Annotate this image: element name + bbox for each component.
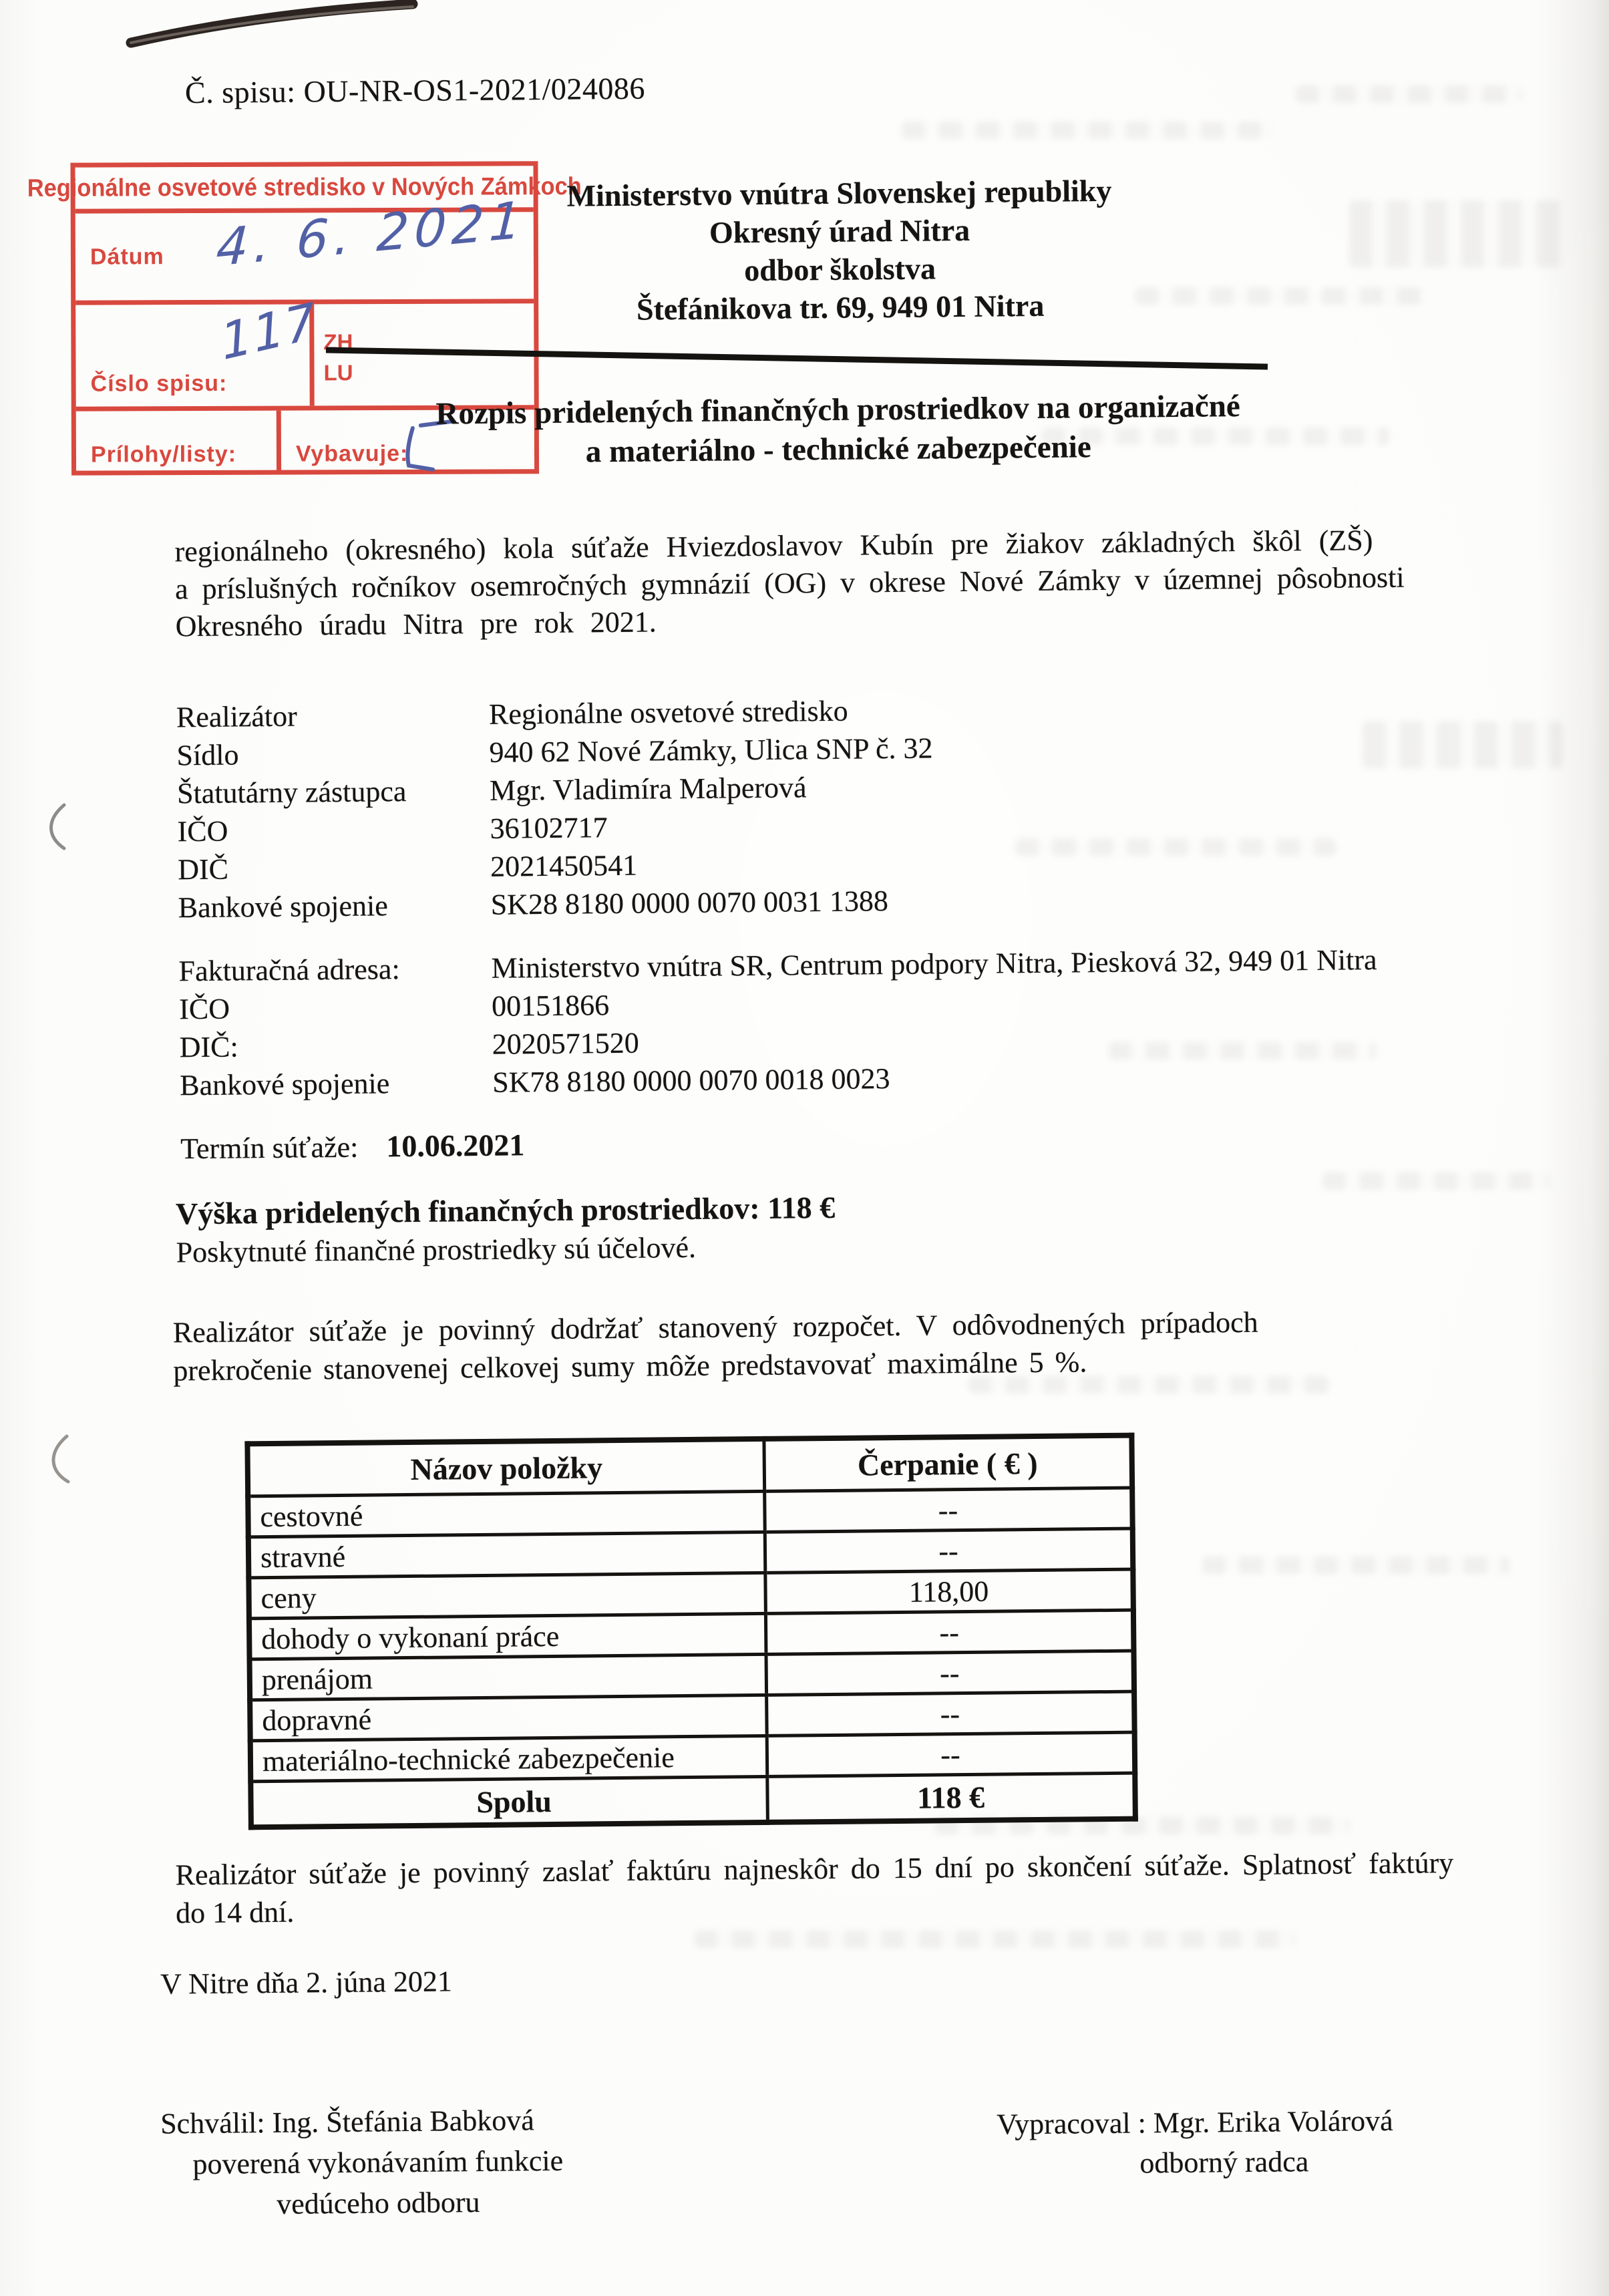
table-total-row: Spolu 118 €	[250, 1773, 1135, 1827]
prepared-by-block: Vypracoval : Mgr. Erika Volárová odborný…	[997, 2100, 1451, 2185]
approved-by-block: Schválil: Ing. Štefánia Babková poverená…	[160, 2099, 596, 2225]
kv-label: Štatutárny zástupca	[177, 774, 490, 810]
allocation-purpose-line: Poskytnuté finančné prostriedky sú účelo…	[176, 1227, 835, 1272]
item-name: ceny	[248, 1573, 765, 1618]
kv-label: DIČ	[178, 850, 490, 886]
deadline-line: Termín súťaže:10.06.2021	[180, 1127, 525, 1166]
item-value: --	[765, 1528, 1133, 1573]
kv-value: 36102717	[490, 811, 607, 845]
kv-value: 940 62 Nové Zámky, Ulica SNP č. 32	[489, 731, 932, 768]
approved-by-role-2: vedúceho odboru	[161, 2180, 596, 2225]
letterhead: Ministerstvo vnútra Slovenskej republiky…	[518, 171, 1161, 329]
kv-label: DIČ:	[179, 1027, 492, 1064]
table-header-item: Názov položky	[247, 1439, 764, 1496]
budget-note: Realizátor súťaže je povinný dodržať sta…	[173, 1301, 1429, 1389]
kv-value: 2020571520	[492, 1027, 639, 1061]
invoice-note: Realizátor súťaže je povinný zaslať fakt…	[175, 1843, 1505, 1932]
deadline-value: 10.06.2021	[386, 1128, 524, 1163]
stamp-attachments-label: Prílohy/listy:	[91, 442, 236, 468]
item-name: materiálno-technické zabezpečenie	[250, 1736, 767, 1781]
item-value: --	[767, 1732, 1135, 1776]
kv-value: Ministerstvo vnútra SR, Centrum podpory …	[491, 943, 1377, 985]
item-name: prenájom	[250, 1654, 767, 1699]
prepared-by-role: odborný radca	[997, 2140, 1452, 2185]
letterhead-line-4: Štefánikova tr. 69, 949 01 Nitra	[520, 285, 1161, 329]
item-value: --	[765, 1610, 1133, 1654]
total-value: 118 €	[767, 1773, 1135, 1822]
table-header-amount: Čerpanie ( € )	[764, 1436, 1132, 1492]
item-value: --	[766, 1651, 1134, 1695]
document-title: Rozpis pridelených finančných prostriedk…	[407, 387, 1269, 474]
kv-label: Fakturačná adresa:	[178, 951, 491, 988]
kv-label: IČO	[179, 989, 492, 1026]
stamp-initials-cell: ZH LU	[309, 303, 534, 405]
kv-label: Realizátor	[176, 697, 489, 734]
kv-label: Sídlo	[176, 735, 489, 772]
stamp-attachments-cell: Prílohy/listy:	[76, 411, 281, 475]
deadline-label: Termín súťaže:	[180, 1131, 359, 1166]
item-name: stravné	[248, 1532, 765, 1577]
item-value: --	[765, 1488, 1133, 1532]
item-name: cestovné	[248, 1491, 765, 1536]
approved-by-role-1: poverená vykonávaním funkcie	[160, 2140, 595, 2184]
kv-value: 00151866	[492, 989, 609, 1023]
kv-value: Regionálne osvetové stredisko	[489, 695, 848, 731]
total-label: Spolu	[250, 1776, 767, 1827]
prepared-by-name: Vypracoval : Mgr. Erika Volárová	[997, 2100, 1451, 2145]
letterhead-line-2: Okresný úrad Nitra	[519, 209, 1161, 253]
stamp-handler-label: Vybavuje:	[296, 441, 408, 468]
table-header-row: Názov položky Čerpanie ( € )	[247, 1436, 1132, 1496]
kv-value: Mgr. Vladimíra Malperová	[490, 771, 807, 807]
item-value: --	[767, 1691, 1135, 1736]
approved-by-name: Schválil: Ing. Štefánia Babková	[160, 2099, 595, 2144]
title-line-1: Rozpis pridelených finančných prostriedk…	[407, 387, 1269, 434]
place-date: V Nitre dňa 2. júna 2021	[160, 1964, 452, 2001]
stamp-date-label: Dátum	[90, 244, 164, 270]
stamp-fileno-label: Číslo spisu:	[91, 371, 228, 397]
kv-value: SK28 8180 0000 0070 0031 1388	[490, 884, 888, 921]
letterhead-line-1: Ministerstvo vnútra Slovenskej republiky	[518, 171, 1160, 215]
realizator-block: RealizátorRegionálne osvetové stredisko …	[176, 693, 934, 929]
intro-paragraph: regionálneho (okresného) kola súťaže Hvi…	[174, 520, 1498, 645]
title-line-2: a materiálno - technické zabezpečenie	[407, 426, 1270, 474]
budget-table: Názov položky Čerpanie ( € ) cestovné --…	[244, 1433, 1138, 1830]
kv-value: SK78 8180 0000 0070 0018 0023	[492, 1062, 890, 1099]
item-value: 118,00	[765, 1569, 1133, 1613]
file-number: Č. spisu: OU-NR-OS1-2021/024086	[185, 71, 645, 111]
stamp-initials-lu: LU	[323, 360, 353, 385]
scanned-document-page: Č. spisu: OU-NR-OS1-2021/024086 Regionál…	[0, 0, 1609, 2296]
kv-row: Bankové spojenieSK28 8180 0000 0070 0031…	[178, 883, 934, 929]
invoicing-block: Fakturačná adresa:Ministerstvo vnútra SR…	[178, 943, 1378, 1106]
stamp-initials-zh: ZH	[323, 329, 353, 355]
allocation-amount-line: Výška pridelených finančných prostriedko…	[176, 1188, 835, 1233]
kv-label: Bankové spojenie	[180, 1065, 492, 1102]
item-name: dopravné	[250, 1695, 767, 1740]
item-name: dohody o vykonaní práce	[249, 1613, 766, 1659]
kv-label: IČO	[177, 812, 490, 848]
kv-label: Bankové spojenie	[178, 888, 490, 925]
letterhead-line-3: odbor školstva	[519, 247, 1161, 291]
allocation-block: Výška pridelených finančných prostriedko…	[176, 1188, 836, 1272]
kv-value: 2021450541	[490, 849, 637, 883]
document-content: Č. spisu: OU-NR-OS1-2021/024086 Regionál…	[0, 0, 1609, 2296]
